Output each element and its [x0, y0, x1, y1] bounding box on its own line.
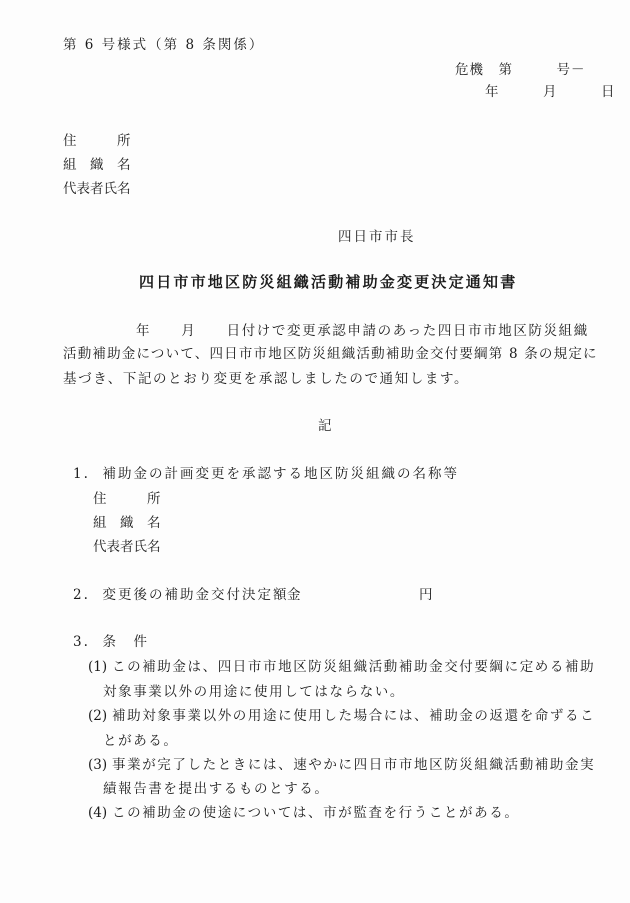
form-number: 第 6 号様式（第 8 条関係）	[63, 37, 264, 53]
body-line-2: 活動補助金について、四日市市地区防災組織活動補助金交付要綱第 8 条の規定に	[63, 346, 598, 362]
section2-heading: 2. 変更後の補助金交付決定額	[73, 587, 288, 603]
issuer: 四日市市長	[338, 229, 416, 245]
section1-org-label: 組 織 名	[93, 515, 161, 531]
date-line: 年 月 日	[485, 84, 616, 100]
body-line-3: 基づき、下記のとおり変更を承認しましたので通知します。	[63, 371, 469, 387]
section1-rep-label: 代表者氏名	[93, 539, 161, 555]
recipient-org-label: 組 織 名	[63, 157, 131, 173]
condition-number: (3)	[88, 757, 107, 773]
condition-text-line2: 績報告書を提出するものとする。	[103, 781, 330, 797]
document-title: 四日市市地区防災組織活動補助金変更決定通知書	[139, 274, 517, 290]
condition-number: (1)	[88, 659, 107, 675]
body-line-1: 年 月 日付けで変更承認申請のあった四日市市地区防災組織	[136, 323, 589, 339]
condition-text-line1: この補助金の使途については、市が監査を行うことがある。	[112, 805, 519, 821]
recipient-address-label: 住 所	[63, 133, 131, 149]
ki-heading: 記	[318, 418, 332, 434]
section1-address-label: 住 所	[93, 491, 161, 507]
condition-number: (2)	[88, 708, 107, 724]
condition-number: (4)	[88, 805, 107, 821]
recipient-rep-label: 代表者氏名	[63, 181, 131, 197]
document-number: 危機 第 号－	[455, 62, 586, 78]
condition-text-line1: 事業が完了したときには、速やかに四日市市地区防災組織活動補助金実	[112, 757, 595, 773]
section3-heading: 3. 条 件	[73, 634, 149, 650]
condition-text-line2: 対象事業以外の用途に使用してはならない。	[103, 684, 405, 700]
amount-unit: 円	[419, 587, 433, 603]
condition-text-line1: この補助金は、四日市市地区防災組織活動補助金交付要綱に定める補助	[112, 659, 595, 675]
condition-text-line2: とがある。	[103, 733, 179, 749]
section1-heading: 1. 補助金の計画変更を承認する地区防災組織の名称等	[73, 466, 459, 482]
condition-text-line1: 補助対象事業以外の用途に使用した場合には、補助金の返還を命ずるこ	[112, 708, 595, 724]
amount-prefix: 金	[287, 587, 301, 603]
